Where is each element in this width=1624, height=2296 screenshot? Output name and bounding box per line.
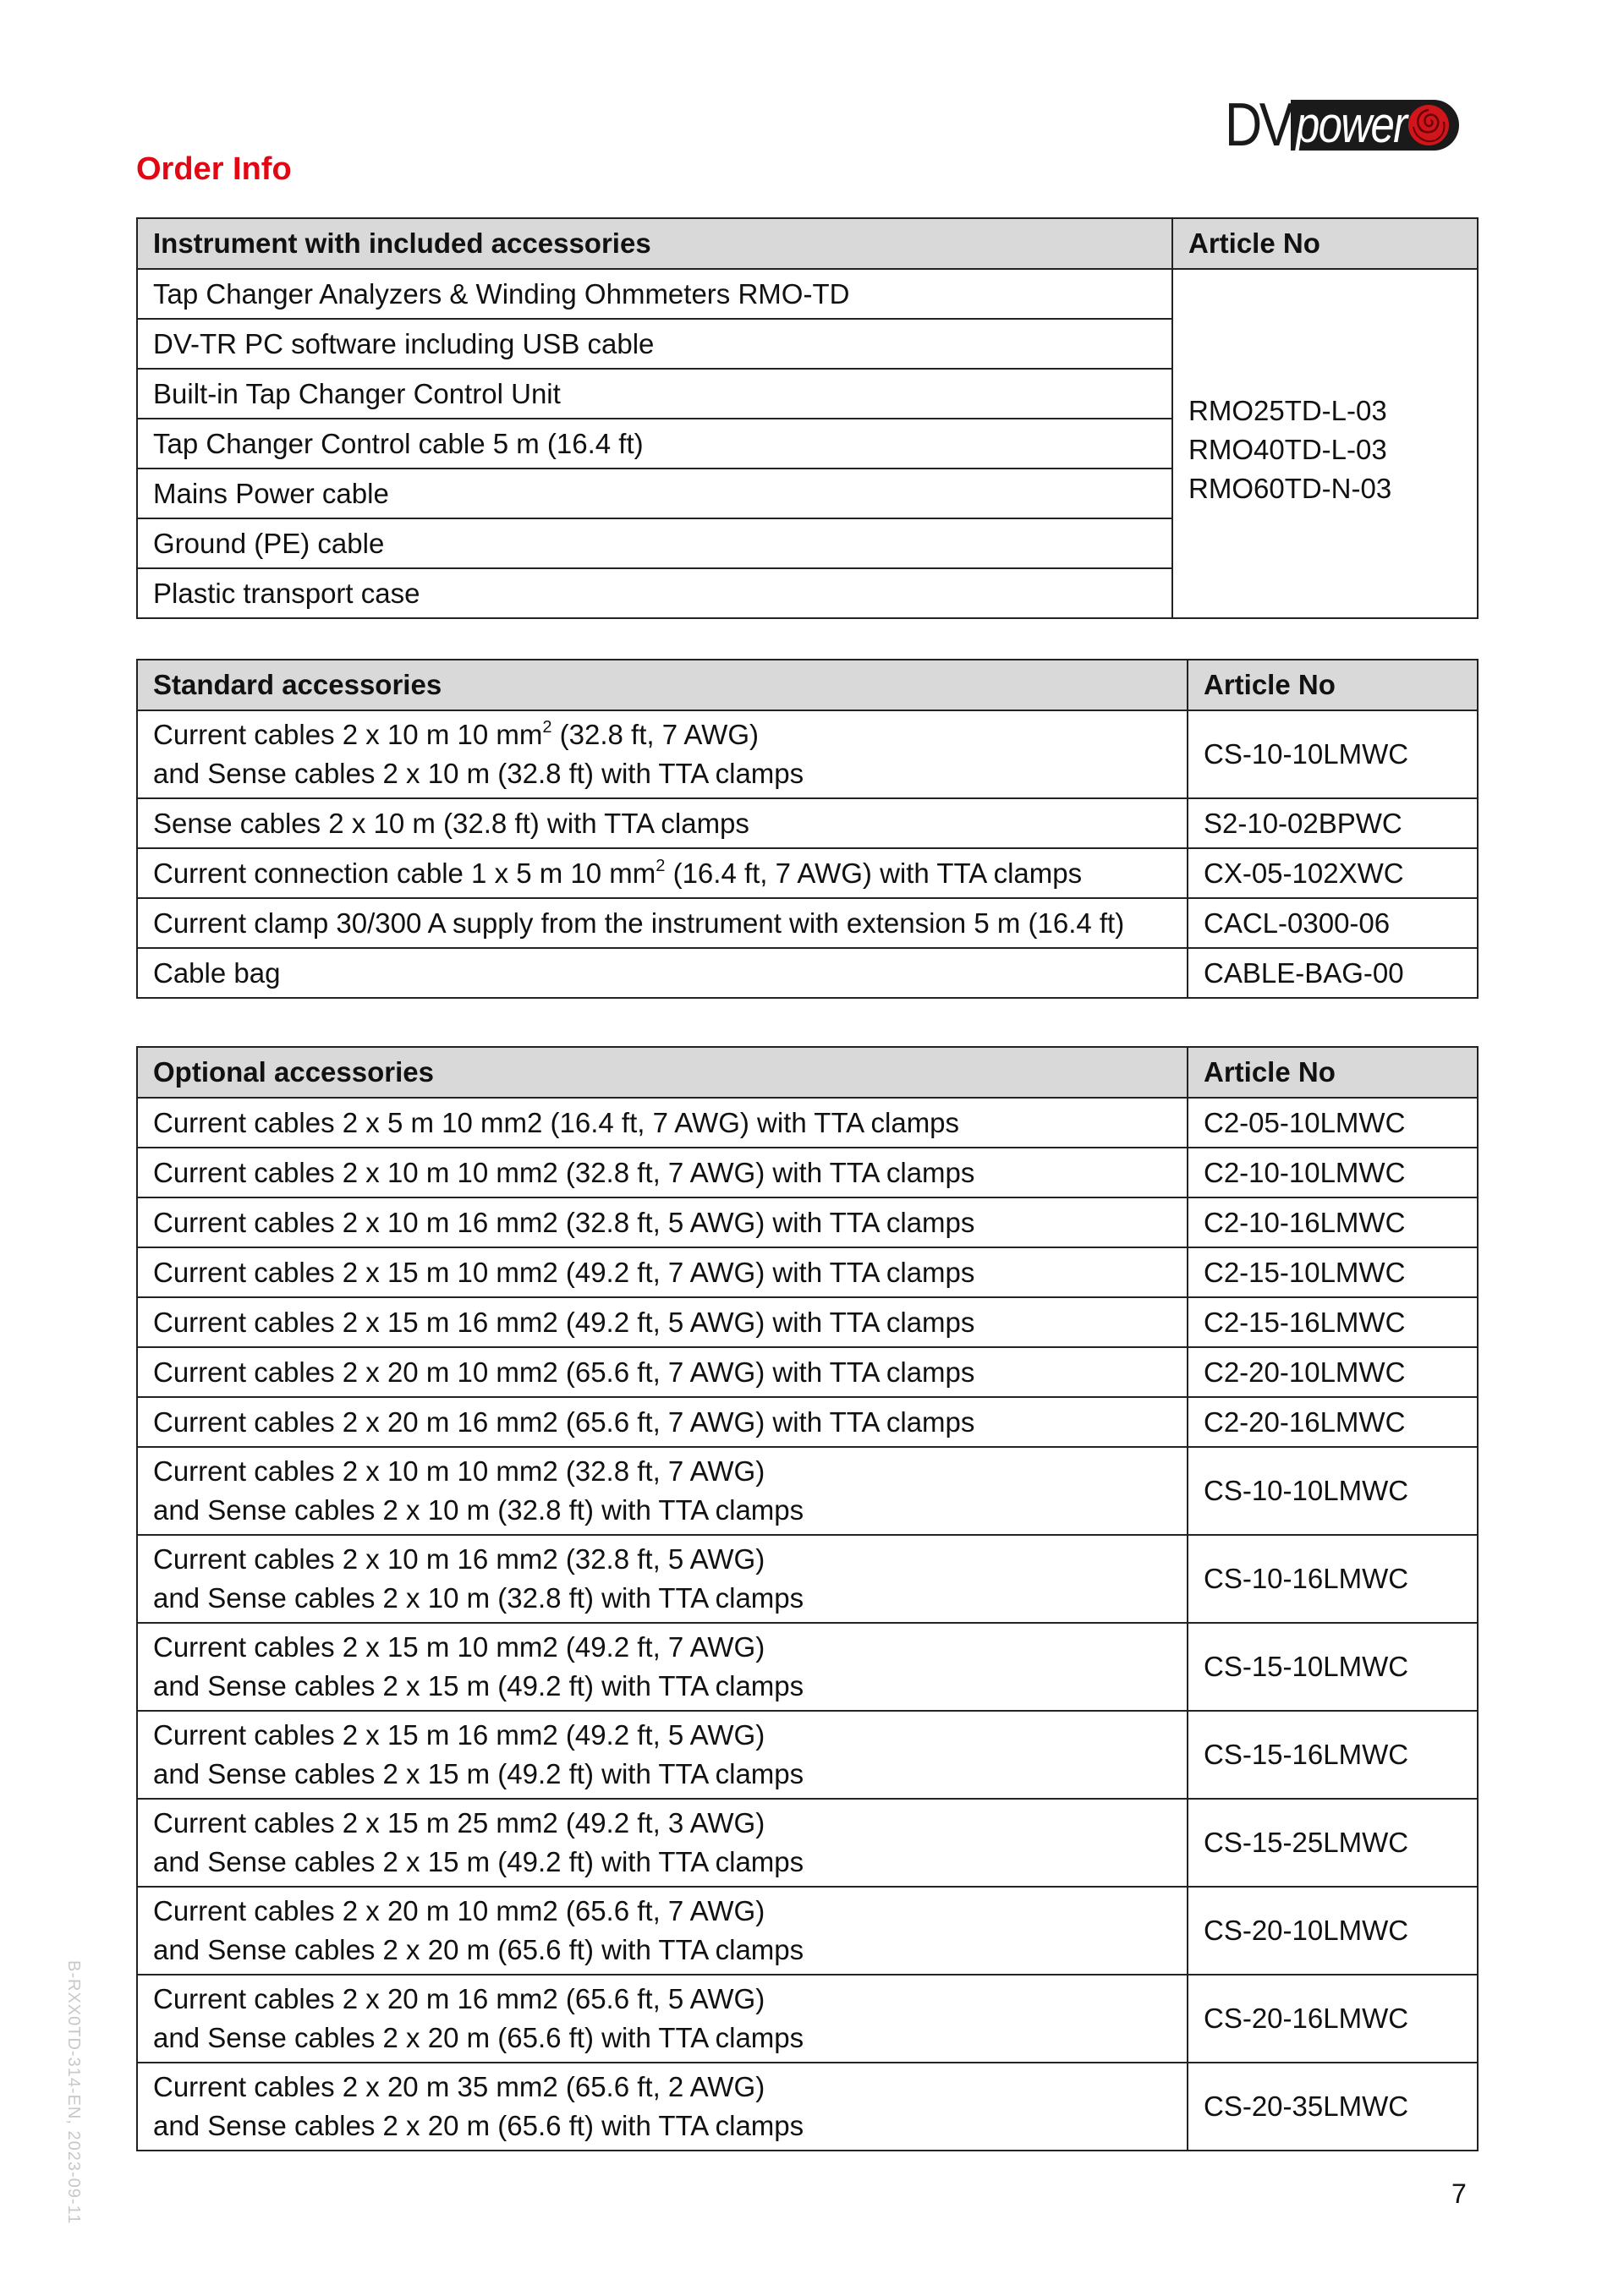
table-row: Current cables 2 x 15 m 16 mm2 (49.2 ft,…: [137, 1711, 1478, 1799]
table-row: Current cables 2 x 10 m 10 mm2 (32.8 ft,…: [137, 1447, 1478, 1535]
article-number: CS-10-10LMWC: [1188, 710, 1478, 798]
item-text-line2: and Sense cables 2 x 20 m (65.6 ft) with…: [153, 1934, 804, 1965]
item-text-line2: and Sense cables 2 x 10 m (32.8 ft) with…: [153, 1582, 804, 1614]
table-row: Tap Changer Analyzers & Winding Ohmmeter…: [137, 269, 1478, 319]
page-number: 7: [1451, 2177, 1467, 2211]
item-text-line2: and Sense cables 2 x 10 m (32.8 ft) with…: [153, 1494, 804, 1526]
item-description: Current cables 2 x 10 m 10 mm2 (32.8 ft,…: [137, 1447, 1188, 1535]
article-number: CX-05-102XWC: [1188, 848, 1478, 898]
item-text: (32.8 ft, 7 AWG): [551, 719, 759, 750]
item-text: Current cables 2 x 10 m 10 mm2 (32.8 ft,…: [153, 1455, 765, 1487]
standard-accessories-table: Standard accessories Article No Current …: [136, 659, 1479, 999]
item-description: Current cables 2 x 15 m 10 mm2 (49.2 ft,…: [137, 1247, 1188, 1297]
table-row: Current cables 2 x 15 m 25 mm2 (49.2 ft,…: [137, 1799, 1478, 1887]
item-text: Current cables 2 x 20 m 35 mm2 (65.6 ft,…: [153, 2071, 765, 2102]
item-description: DV-TR PC software including USB cable: [137, 319, 1172, 369]
item-description: Mains Power cable: [137, 469, 1172, 518]
item-description: Current cables 2 x 10 m 16 mm2 (32.8 ft,…: [137, 1197, 1188, 1247]
item-text: Current cables 2 x 20 m 10 mm2 (65.6 ft,…: [153, 1356, 974, 1388]
page-title: Order Info: [136, 151, 292, 188]
item-text: Current cables 2 x 10 m 10 mm: [153, 719, 542, 750]
table-row: Current cables 2 x 5 m 10 mm2 (16.4 ft, …: [137, 1098, 1478, 1148]
instrument-table: Instrument with included accessories Art…: [136, 217, 1479, 619]
item-description: Current clamp 30/300 A supply from the i…: [137, 898, 1188, 948]
optional-accessories-header: Optional accessories: [137, 1047, 1188, 1098]
article-number: CS-10-10LMWC: [1188, 1447, 1478, 1535]
item-description: Current cables 2 x 15 m 16 mm2 (49.2 ft,…: [137, 1711, 1188, 1799]
document-id: B-RXX0TD-314-EN, 2023-09-11: [58, 1960, 83, 2248]
logo-pill: power: [1291, 100, 1459, 151]
item-description: Current cables 2 x 20 m 16 mm2 (65.6 ft,…: [137, 1397, 1188, 1447]
item-text: Current cables 2 x 15 m 25 mm2 (49.2 ft,…: [153, 1807, 765, 1838]
item-text-line2: and Sense cables 2 x 15 m (49.2 ft) with…: [153, 1846, 804, 1877]
item-text: (16.4 ft, 7 AWG) with TTA clamps: [665, 858, 1082, 889]
item-text: Sense cables 2 x 10 m (32.8 ft) with TTA…: [153, 808, 749, 839]
article-number: RMO60TD-N-03: [1188, 469, 1477, 508]
table-row: Current connection cable 1 x 5 m 10 mm2 …: [137, 848, 1478, 898]
logo-text-dv: DV: [1225, 93, 1291, 157]
logo-text-power: power: [1296, 100, 1406, 151]
item-text: Current cables 2 x 20 m 10 mm2 (65.6 ft,…: [153, 1895, 765, 1926]
article-no-header: Article No: [1188, 1047, 1478, 1098]
item-description: Sense cables 2 x 10 m (32.8 ft) with TTA…: [137, 798, 1188, 848]
article-no-header: Article No: [1188, 660, 1478, 710]
article-number: CACL-0300-06: [1188, 898, 1478, 948]
item-text-line2: and Sense cables 2 x 20 m (65.6 ft) with…: [153, 2110, 804, 2141]
item-text: Current cables 2 x 20 m 16 mm2 (65.6 ft,…: [153, 1406, 974, 1438]
table-row: Current cables 2 x 10 m 16 mm2 (32.8 ft,…: [137, 1197, 1478, 1247]
article-number: C2-20-10LMWC: [1188, 1347, 1478, 1397]
item-text: Current cables 2 x 5 m 10 mm2 (16.4 ft, …: [153, 1107, 959, 1138]
article-number: C2-20-16LMWC: [1188, 1397, 1478, 1447]
table-row: Current cables 2 x 20 m 16 mm2 (65.6 ft,…: [137, 1397, 1478, 1447]
item-description: Cable bag: [137, 948, 1188, 998]
item-text: Current connection cable 1 x 5 m 10 mm: [153, 858, 656, 889]
superscript: 2: [542, 718, 551, 737]
article-number: CS-20-10LMWC: [1188, 1887, 1478, 1975]
item-text: Current cables 2 x 15 m 10 mm2 (49.2 ft,…: [153, 1631, 765, 1663]
item-description: Current cables 2 x 10 m 16 mm2 (32.8 ft,…: [137, 1535, 1188, 1623]
item-description: Built-in Tap Changer Control Unit: [137, 369, 1172, 419]
item-description: Current cables 2 x 20 m 16 mm2 (65.6 ft,…: [137, 1975, 1188, 2063]
item-text-line2: and Sense cables 2 x 20 m (65.6 ft) with…: [153, 2022, 804, 2053]
item-description: Current cables 2 x 10 m 10 mm2 (32.8 ft,…: [137, 710, 1188, 798]
table-row: Current cables 2 x 15 m 10 mm2 (49.2 ft,…: [137, 1247, 1478, 1297]
article-number: C2-15-16LMWC: [1188, 1297, 1478, 1347]
item-description: Current cables 2 x 20 m 10 mm2 (65.6 ft,…: [137, 1347, 1188, 1397]
item-description: Tap Changer Analyzers & Winding Ohmmeter…: [137, 269, 1172, 319]
article-number: C2-10-10LMWC: [1188, 1148, 1478, 1197]
table-row: Current cables 2 x 10 m 10 mm2 (32.8 ft,…: [137, 710, 1478, 798]
article-numbers: RMO25TD-L-03RMO40TD-L-03RMO60TD-N-03: [1172, 269, 1478, 618]
item-text: Cable bag: [153, 957, 280, 989]
article-number: S2-10-02BPWC: [1188, 798, 1478, 848]
item-description: Plastic transport case: [137, 568, 1172, 618]
item-description: Current cables 2 x 20 m 10 mm2 (65.6 ft,…: [137, 1887, 1188, 1975]
instrument-header: Instrument with included accessories: [137, 218, 1172, 269]
table-row: Current cables 2 x 15 m 10 mm2 (49.2 ft,…: [137, 1623, 1478, 1711]
article-number: C2-15-10LMWC: [1188, 1247, 1478, 1297]
article-number: CS-10-16LMWC: [1188, 1535, 1478, 1623]
article-number: CS-20-16LMWC: [1188, 1975, 1478, 2063]
item-description: Current cables 2 x 5 m 10 mm2 (16.4 ft, …: [137, 1098, 1188, 1148]
rose-icon: [1407, 103, 1451, 147]
article-number: CS-15-10LMWC: [1188, 1623, 1478, 1711]
item-text-line2: and Sense cables 2 x 15 m (49.2 ft) with…: [153, 1670, 804, 1701]
article-number: CS-20-35LMWC: [1188, 2063, 1478, 2151]
item-text: Current cables 2 x 15 m 10 mm2 (49.2 ft,…: [153, 1257, 974, 1288]
item-description: Tap Changer Control cable 5 m (16.4 ft): [137, 419, 1172, 469]
item-description: Current cables 2 x 15 m 25 mm2 (49.2 ft,…: [137, 1799, 1188, 1887]
item-description: Current cables 2 x 15 m 16 mm2 (49.2 ft,…: [137, 1297, 1188, 1347]
item-text: Current clamp 30/300 A supply from the i…: [153, 907, 1124, 939]
item-text: Current cables 2 x 10 m 16 mm2 (32.8 ft,…: [153, 1543, 765, 1575]
item-text-line2: and Sense cables 2 x 15 m (49.2 ft) with…: [153, 1758, 804, 1789]
article-number: RMO40TD-L-03: [1188, 430, 1477, 469]
item-description: Current cables 2 x 15 m 10 mm2 (49.2 ft,…: [137, 1623, 1188, 1711]
article-no-header: Article No: [1172, 218, 1478, 269]
article-number: CS-15-16LMWC: [1188, 1711, 1478, 1799]
standard-accessories-header: Standard accessories: [137, 660, 1188, 710]
item-text: Current cables 2 x 10 m 10 mm2 (32.8 ft,…: [153, 1157, 974, 1188]
item-description: Current cables 2 x 20 m 35 mm2 (65.6 ft,…: [137, 2063, 1188, 2151]
article-number: RMO25TD-L-03: [1188, 392, 1477, 430]
table-row: Current cables 2 x 20 m 10 mm2 (65.6 ft,…: [137, 1347, 1478, 1397]
table-row: Current cables 2 x 10 m 16 mm2 (32.8 ft,…: [137, 1535, 1478, 1623]
article-number: C2-10-16LMWC: [1188, 1197, 1478, 1247]
article-number: CS-15-25LMWC: [1188, 1799, 1478, 1887]
item-text: Current cables 2 x 15 m 16 mm2 (49.2 ft,…: [153, 1307, 974, 1338]
article-number: CABLE-BAG-00: [1188, 948, 1478, 998]
table-row: Cable bagCABLE-BAG-00: [137, 948, 1478, 998]
table-row: Current cables 2 x 15 m 16 mm2 (49.2 ft,…: [137, 1297, 1478, 1347]
item-description: Ground (PE) cable: [137, 518, 1172, 568]
table-row: Current cables 2 x 20 m 10 mm2 (65.6 ft,…: [137, 1887, 1478, 1975]
item-text: Current cables 2 x 15 m 16 mm2 (49.2 ft,…: [153, 1719, 765, 1751]
table-row: Sense cables 2 x 10 m (32.8 ft) with TTA…: [137, 798, 1478, 848]
optional-accessories-table: Optional accessories Article No Current …: [136, 1046, 1479, 2151]
table-row: Current cables 2 x 10 m 10 mm2 (32.8 ft,…: [137, 1148, 1478, 1197]
article-number: C2-05-10LMWC: [1188, 1098, 1478, 1148]
superscript: 2: [656, 857, 665, 875]
item-description: Current connection cable 1 x 5 m 10 mm2 …: [137, 848, 1188, 898]
item-text: Current cables 2 x 20 m 16 mm2 (65.6 ft,…: [153, 1983, 765, 2014]
item-description: Current cables 2 x 10 m 10 mm2 (32.8 ft,…: [137, 1148, 1188, 1197]
item-text-line2: and Sense cables 2 x 10 m (32.8 ft) with…: [153, 758, 804, 789]
table-row: Current clamp 30/300 A supply from the i…: [137, 898, 1478, 948]
item-text: Current cables 2 x 10 m 16 mm2 (32.8 ft,…: [153, 1207, 974, 1238]
table-row: Current cables 2 x 20 m 35 mm2 (65.6 ft,…: [137, 2063, 1478, 2151]
table-row: Current cables 2 x 20 m 16 mm2 (65.6 ft,…: [137, 1975, 1478, 2063]
dvpower-logo: DV power: [1225, 93, 1459, 157]
